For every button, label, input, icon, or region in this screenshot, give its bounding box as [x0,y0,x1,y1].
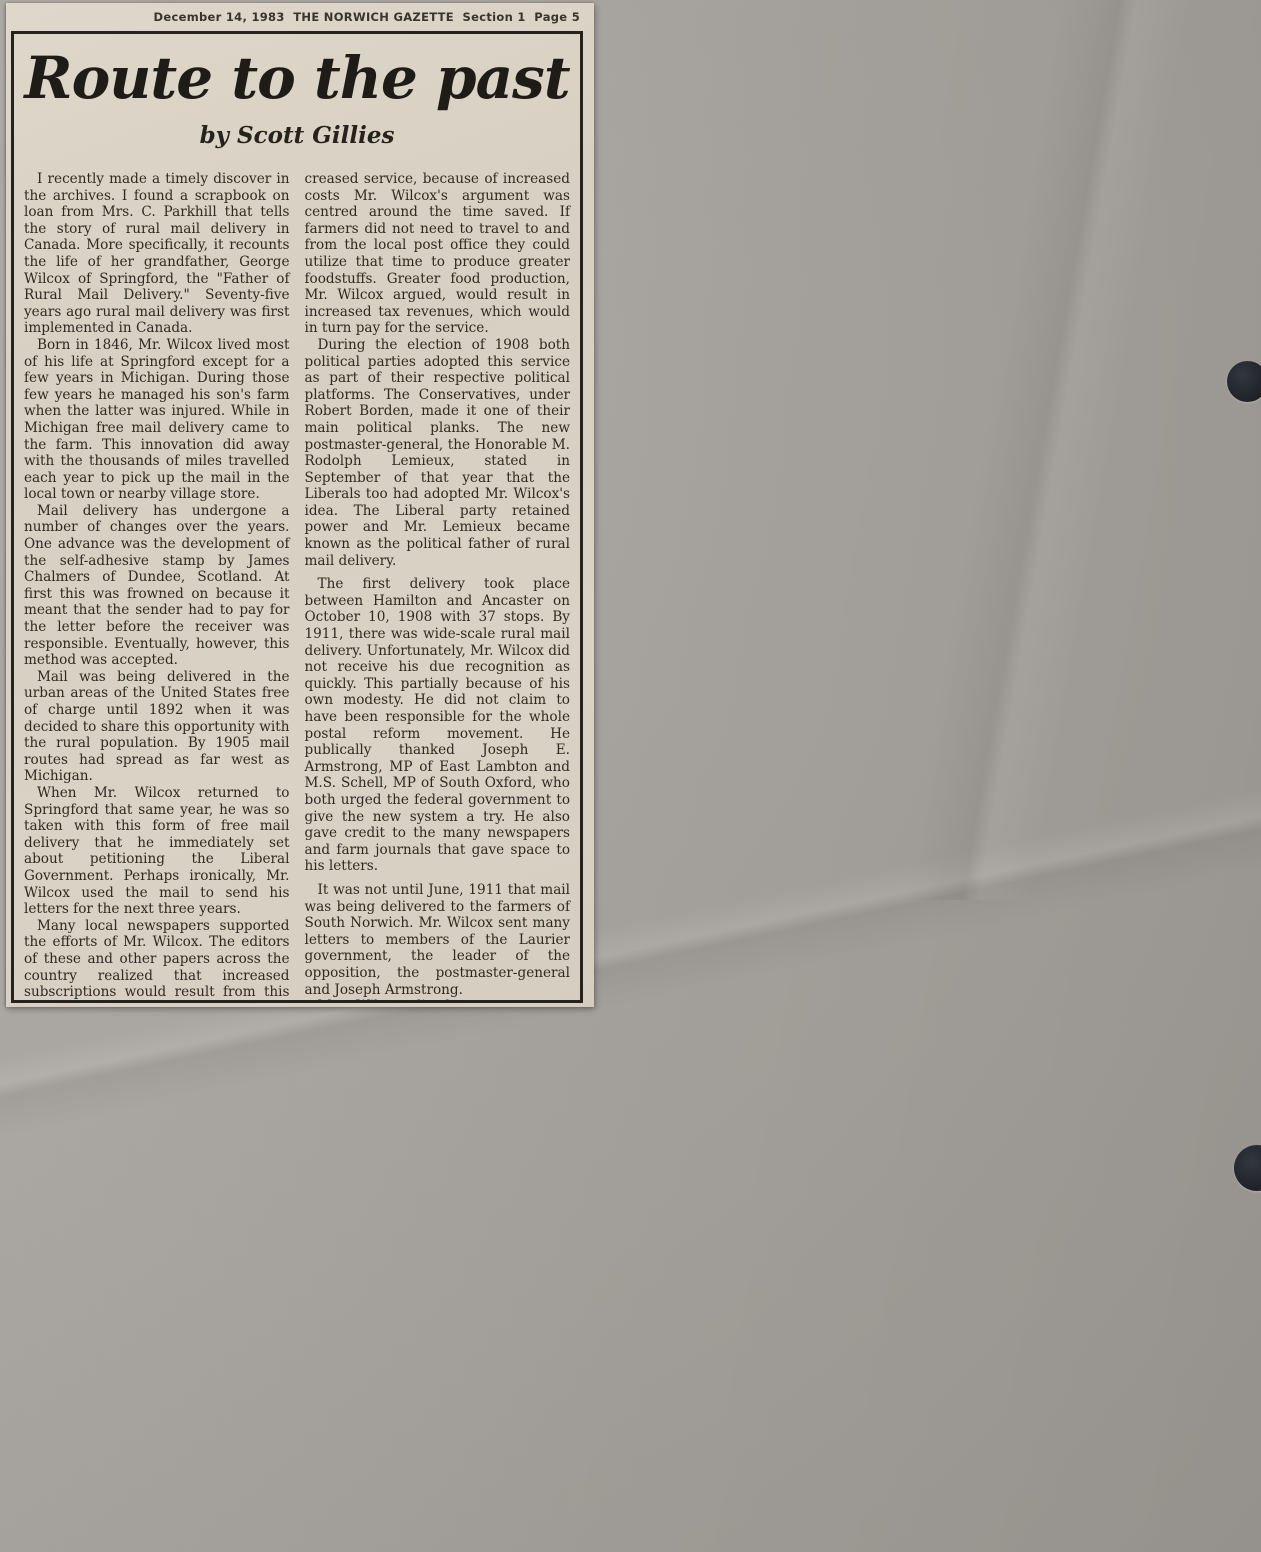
article-columns: I recently made a timely discover in the… [14,171,580,1003]
article-title: Route to the past [14,44,580,112]
hole-punch-bottom [1234,1145,1261,1191]
paragraph: The first delivery took place between Ha… [305,576,571,875]
paragraph: Mail delivery has undergone a number of … [24,503,290,669]
paragraph: When Mr. Wilcox returned to Springford t… [24,785,290,918]
left-column: I recently made a timely discover in the… [24,171,290,1003]
article-border-box: Route to the past by Scott Gillies I rec… [11,31,583,1003]
paragraph: It was not until June, 1911 that mail wa… [305,882,571,998]
newspaper-clipping: December 14, 1983 THE NORWICH GAZETTE Se… [6,3,594,1007]
right-column: creased service, because of increased co… [305,171,571,1003]
page-crease [820,0,1261,900]
paragraph: Many local newspapers supported the effo… [24,918,290,1003]
paragraph: I recently made a timely discover in the… [24,171,290,337]
paragraph: During the election of 1908 both politic… [305,337,571,569]
paragraph-continuation: creased service, because of increased co… [305,171,571,337]
masthead-dateline: December 14, 1983 THE NORWICH GAZETTE Se… [6,10,580,24]
paragraph: Mr. Wilcox lived to see many changes in … [305,998,571,1003]
article-byline: by Scott Gillies [14,122,580,149]
paragraph: Mail was being delivered in the urban ar… [24,669,290,785]
paragraph: Born in 1846, Mr. Wilcox lived most of h… [24,337,290,503]
hole-punch-top [1227,361,1261,402]
